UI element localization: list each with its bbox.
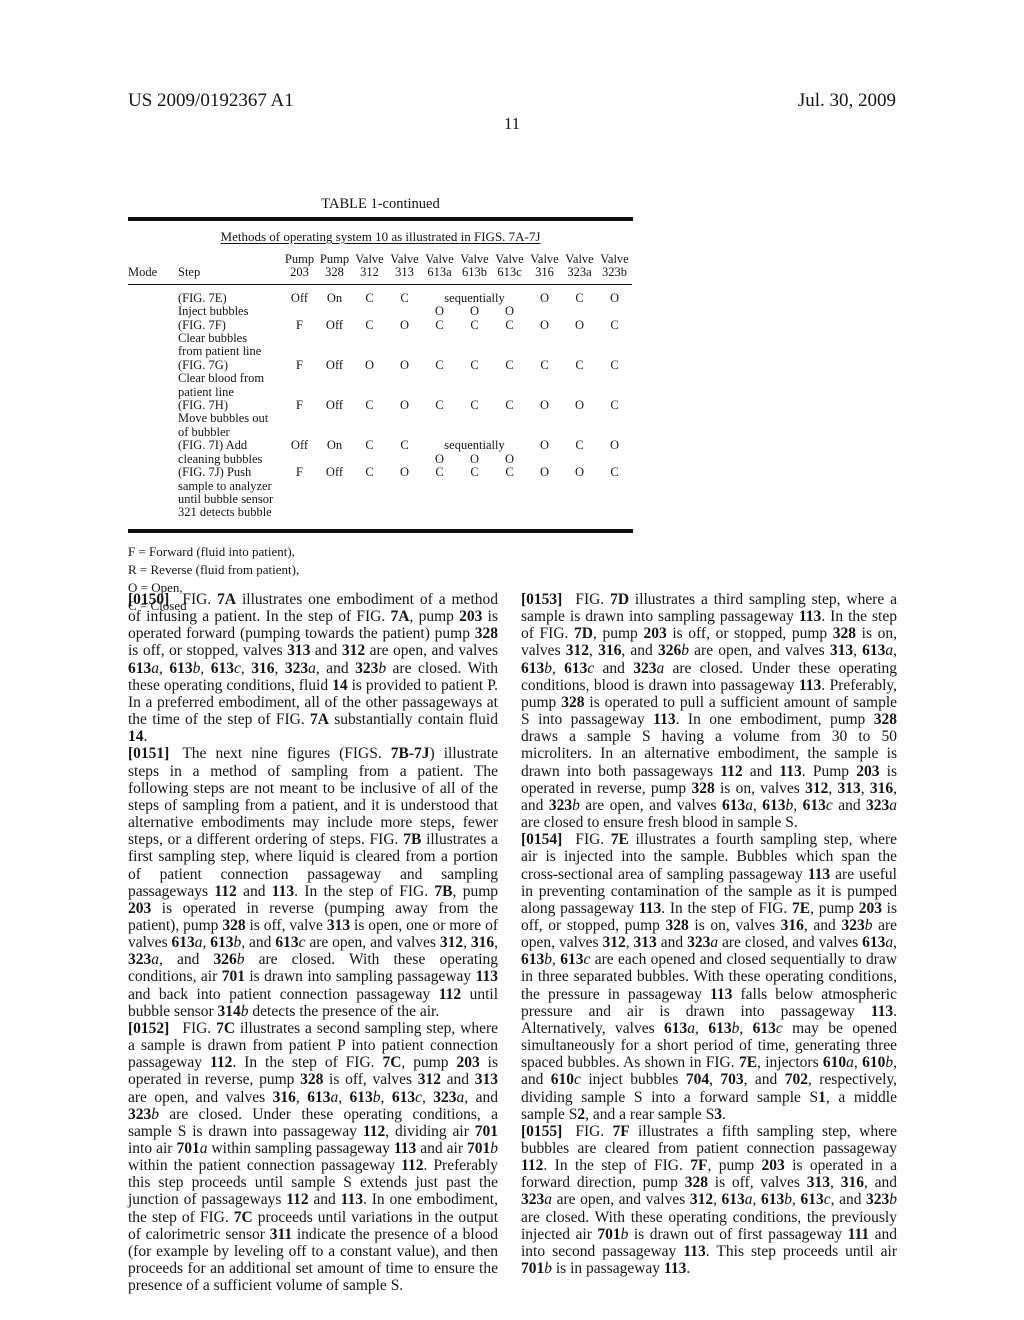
value-cell: C [457, 466, 492, 520]
value-cell: On [317, 439, 352, 466]
mode-cell [128, 439, 178, 466]
step-cell: (FIG. 7J) Pushsample to analyzeruntil bu… [178, 466, 282, 520]
value-cell: C [457, 319, 492, 359]
table-row: (FIG. 7H)Move bubbles outof bubblerFOffC… [128, 399, 632, 439]
table-title: TABLE 1-continued [128, 196, 633, 212]
step-cell: (FIG. 7E)Inject bubbles [178, 284, 282, 318]
value-cell: F [282, 319, 317, 359]
value-cell: Off [317, 359, 352, 399]
table-header-cell: Valve323b [597, 253, 632, 284]
value-cell: C [422, 319, 457, 359]
paragraph: [0152]FIG. 7C illustrates a second sampl… [128, 1020, 498, 1295]
value-cell: C [352, 284, 387, 318]
value-cell: O [387, 466, 422, 520]
paragraph-tag: [0150] [128, 591, 182, 608]
mode-cell [128, 319, 178, 359]
value-cell: Off [317, 466, 352, 520]
mode-cell [128, 466, 178, 520]
table-row: (FIG. 7E)Inject bubblesOffOnCCsequential… [128, 284, 632, 318]
value-cell: C [492, 466, 527, 520]
step-cell: (FIG. 7I) Addcleaning bubbles [178, 439, 282, 466]
value-cell: C [562, 284, 597, 318]
table-row: (FIG. 7F)Clear bubblesfrom patient lineF… [128, 319, 632, 359]
value-cell: C [422, 466, 457, 520]
step-cell: (FIG. 7H)Move bubbles outof bubbler [178, 399, 282, 439]
value-cell: F [282, 359, 317, 399]
paragraph-text: The next nine figures (FIGS. 7B-7J) illu… [128, 745, 498, 1019]
table-rule-bottom [128, 529, 633, 533]
table-header-cell: Step [178, 253, 282, 284]
patent-page: US 2009/0192367 A1 Jul. 30, 2009 11 TABL… [0, 0, 1024, 1320]
paragraph-text: FIG. 7E illustrates a fourth sampling st… [521, 831, 897, 1123]
body-column-right: [0153]FIG. 7D illustrates a third sampli… [521, 591, 897, 1277]
sequential-cell: sequentiallyOOO [422, 439, 527, 466]
value-cell: C [597, 359, 632, 399]
table-header-cell: Pump203 [282, 253, 317, 284]
value-cell: Off [282, 284, 317, 318]
value-cell: F [282, 399, 317, 439]
step-cell: (FIG. 7G)Clear blood frompatient line [178, 359, 282, 399]
value-cell: O [597, 439, 632, 466]
table-header-cell: Valve316 [527, 253, 562, 284]
page-number: 11 [0, 114, 1024, 134]
value-cell: C [492, 319, 527, 359]
value-cell: O [562, 399, 597, 439]
table-row: (FIG. 7G)Clear blood frompatient lineFOf… [128, 359, 632, 399]
table-header-cell: Valve613a [422, 253, 457, 284]
value-cell: F [282, 466, 317, 520]
value-cell: C [422, 359, 457, 399]
running-head: US 2009/0192367 A1 Jul. 30, 2009 [128, 90, 896, 112]
value-cell: O [527, 399, 562, 439]
body-column-left: [0150]FIG. 7A illustrates one embodiment… [128, 591, 498, 1294]
table-header-cell: Valve323a [562, 253, 597, 284]
publication-date: Jul. 30, 2009 [798, 90, 896, 112]
mode-cell [128, 399, 178, 439]
value-cell: O [387, 359, 422, 399]
value-cell: O [352, 359, 387, 399]
paragraph-tag: [0154] [521, 831, 575, 848]
value-cell: C [527, 359, 562, 399]
mode-cell [128, 284, 178, 318]
patent-number: US 2009/0192367 A1 [128, 90, 294, 112]
paragraph: [0153]FIG. 7D illustrates a third sampli… [521, 591, 897, 831]
value-cell: C [457, 399, 492, 439]
value-cell: C [492, 359, 527, 399]
paragraph-tag: [0155] [521, 1123, 575, 1140]
value-cell: C [457, 359, 492, 399]
value-cell: C [387, 284, 422, 318]
table-header-cell: Pump328 [317, 253, 352, 284]
table-row: (FIG. 7J) Pushsample to analyzeruntil bu… [128, 466, 632, 520]
value-cell: O [387, 399, 422, 439]
paragraph-text: FIG. 7A illustrates one embodiment of a … [128, 591, 498, 745]
mode-cell [128, 359, 178, 399]
table-1-continued: TABLE 1-continued Methods of operating s… [128, 196, 633, 615]
paragraph: [0151]The next nine figures (FIGS. 7B-7J… [128, 745, 498, 1020]
table-row: (FIG. 7I) Addcleaning bubblesOffOnCCsequ… [128, 439, 632, 466]
value-cell: O [562, 466, 597, 520]
paragraph-text: FIG. 7F illustrates a fifth sampling ste… [521, 1123, 897, 1277]
value-cell: O [387, 319, 422, 359]
value-cell: O [527, 284, 562, 318]
value-cell: O [527, 319, 562, 359]
value-cell: C [562, 439, 597, 466]
footnote-line: F = Forward (fluid into patient), [128, 543, 633, 561]
table-header-cell: Valve613b [457, 253, 492, 284]
table-header-cell: Valve312 [352, 253, 387, 284]
sequential-cell: sequentiallyOOO [422, 284, 527, 318]
value-cell: C [492, 399, 527, 439]
table-header-cell: Valve613c [492, 253, 527, 284]
paragraph: [0154]FIG. 7E illustrates a fourth sampl… [521, 831, 897, 1123]
value-cell: C [597, 319, 632, 359]
paragraph-tag: [0153] [521, 591, 575, 608]
value-cell: C [352, 319, 387, 359]
value-cell: C [387, 439, 422, 466]
value-cell: C [352, 439, 387, 466]
value-cell: Off [317, 319, 352, 359]
paragraph-tag: [0152] [128, 1020, 182, 1037]
methods-table: ModeStepPump203Pump328Valve312Valve313Va… [128, 253, 632, 520]
value-cell: O [562, 319, 597, 359]
paragraph-text: FIG. 7C illustrates a second sampling st… [128, 1020, 498, 1294]
paragraph-tag: [0151] [128, 745, 182, 762]
paragraph: [0155]FIG. 7F illustrates a fifth sampli… [521, 1123, 897, 1277]
table-header-cell: Valve313 [387, 253, 422, 284]
value-cell: C [422, 399, 457, 439]
value-cell: C [597, 399, 632, 439]
footnote-line: R = Reverse (fluid from patient), [128, 561, 633, 579]
value-cell: C [597, 466, 632, 520]
value-cell: On [317, 284, 352, 318]
value-cell: C [352, 399, 387, 439]
value-cell: C [352, 466, 387, 520]
table-subtitle: Methods of operating system 10 as illust… [128, 229, 633, 244]
value-cell: C [562, 359, 597, 399]
table-header-cell: Mode [128, 253, 178, 284]
table-rule-top [128, 217, 633, 221]
paragraph-text: FIG. 7D illustrates a third sampling ste… [521, 591, 897, 831]
value-cell: O [527, 466, 562, 520]
value-cell: Off [282, 439, 317, 466]
step-cell: (FIG. 7F)Clear bubblesfrom patient line [178, 319, 282, 359]
paragraph: [0150]FIG. 7A illustrates one embodiment… [128, 591, 498, 745]
value-cell: Off [317, 399, 352, 439]
value-cell: O [597, 284, 632, 318]
table-header-row: ModeStepPump203Pump328Valve312Valve313Va… [128, 253, 632, 284]
value-cell: O [527, 439, 562, 466]
